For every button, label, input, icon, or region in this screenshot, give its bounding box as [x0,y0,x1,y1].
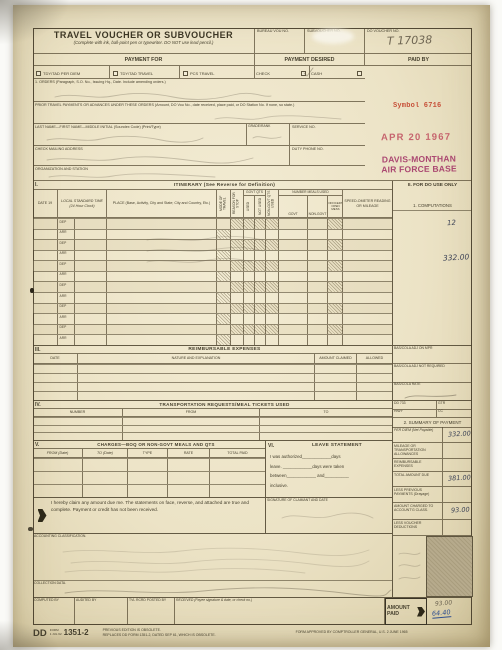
pencil-scribble [63,585,393,597]
form-title: TRAVEL VOUCHER OR SUBVOUCHER [33,28,254,40]
reimbursable-row [33,373,392,382]
total-due-value: 381.00 [448,473,471,482]
summary-label: TOTAL AMOUNT DUE [393,472,442,486]
itinerary-row: DEP [33,324,392,335]
reimbursable-row [33,382,392,391]
paid-by-body: Symbol 6716 APR 20 1967 DAVIS-MONTHAN AI… [365,66,472,181]
ink-smudge-mark [30,288,34,293]
base-stamp: DAVIS-MONTHAN AIR FORCE BASE [371,153,467,175]
leave-line3: between____________ and__________ [270,471,388,481]
pencil-scribble [251,133,283,142]
transportation-row [33,425,392,433]
col-allowed: ALLOWED [357,354,392,363]
summary-value-cell: 93.00 [442,503,472,519]
pencil-scribble [145,234,265,268]
payment-options-row: TDY/TAD PER DIEM TDY/TAD TRAVEL PCS TRAV… [33,66,365,79]
reimbursable-title: REIMBURSABLE EXPENSES [57,347,392,352]
pencil-check-mark-icon [302,67,314,77]
pcs-travel-checkbox [183,71,188,76]
summary-label: LESS VOUCHER DEDUCTIONS [393,520,442,535]
charges-row [33,458,265,471]
gtr-box: GTR [437,401,472,409]
footer-obsolete-2: REPLACES DD FORM 1351-2, DATED SEP 61, W… [103,633,278,638]
amount-charged-value: 93.00 [451,506,470,515]
footer-dd: DD [33,628,47,639]
do-voucher-no-value: T 17038 [387,33,433,48]
col-charge-total: TOTAL PAID [210,449,265,457]
check-label: CHECK [256,71,270,76]
do-use-only-column: II. FOR DO USE ONLY 1. COMPUTATIONS 12 3… [392,181,472,345]
organization-field: ORGANIZATION AND STATION [33,166,365,181]
name-row: LAST NAME—FIRST NAME—MIDDLE INITIAL (Sou… [33,124,365,146]
tdy-travel-label: TDY/TAD TRAVEL [120,71,153,76]
payment-desired-header: PAYMENT DESIRED [255,54,365,66]
summary-value-cell: 332.00 [442,427,472,442]
amount-paid-box: AMOUNT PAID [385,598,427,625]
pencil-scribble [47,172,217,181]
col-charge-to: TO (Date) [83,449,128,457]
computation-days-value: 12 [447,219,456,228]
per-diem-value: 332.00 [448,429,471,438]
leave-title-bar: VI. LEAVE STATEMENT [266,441,392,450]
summary-label: PER DIEM (Net Payable) [393,427,442,442]
col-meals-group: NUMBER MEALS USED GOVT NON-GOVT OFFICERS… [279,190,343,217]
summary-of-payment: PER DIEM (Net Payable) 332.00 MILEAGE OR… [392,427,472,536]
col-qts-used: USED [244,196,255,217]
footer-form-number: 1351-2 [64,628,89,637]
paid-by-symbol-stamp: Symbol 6716 [393,102,441,110]
payment-for-header: PAYMENT FOR [33,54,255,66]
row-label: ARR [58,272,75,282]
col-date: DATE 19 [33,190,58,217]
computations-area: 12 332.00 [393,211,472,345]
col-tr-number: NUMBER [33,409,123,416]
itinerary-row: DEP [33,303,392,314]
col-amount-claimed: AMOUNT CLAIMED [315,354,357,363]
do-voucher-no-field: DO VOUCHER NO. T 17038 [365,28,472,54]
option-tdy-travel: TDY/TAD TRAVEL [110,66,180,78]
row-label: DEP [58,325,75,335]
col-meals-govt: GOVT [279,196,308,217]
option-per-diem: TDY/TAD PER DIEM [33,66,110,78]
base-stamp-line2: AIR FORCE BASE [371,164,467,176]
row-label: DEP [58,219,75,229]
pencil-scribble [396,550,422,584]
summary-label: MILEAGE OR TRANSPORTATION ALLOWANCES [393,443,442,458]
col-charge-type: TYPE [128,449,168,457]
form-title-cell: TRAVEL VOUCHER OR SUBVOUCHER (Complete w… [33,28,255,54]
row-label: ARR [58,230,75,240]
summary-row-mileage: MILEAGE OR TRANSPORTATION ALLOWANCES [393,443,472,459]
row-label: DEP [58,304,75,314]
dd733-box: DD 733 [393,401,437,409]
footer-form-edition: FORM 1 JUL 62 [50,629,62,636]
date-stamp: APR 20 1967 [381,132,451,144]
section-iv-number: IV. [33,402,57,408]
grade-rank-label: GRADE/RANK [247,124,289,129]
summary-label: LESS PREVIOUS PAYMENTS (Drayage) [393,487,442,502]
summary-value-cell [442,459,472,471]
bureau-vou-no-field: BUREAU VOU NO. [255,28,305,54]
service-no-field: SERVICE NO. [290,124,365,145]
row-label: ARR [58,314,75,324]
summary-value-cell [442,487,472,502]
form-title-row: TRAVEL VOUCHER OR SUBVOUCHER (Complete w… [33,28,472,54]
computed-by-field: COMPUTED BY [33,598,75,625]
col-tr-to: TO [260,409,392,416]
form-subtitle: (Complete with ink, ball-point pen or ty… [33,40,254,45]
row-label: ARR [58,335,75,345]
leave-line1: I was authorized____________days [270,452,388,462]
form-footer: DD FORM 1 JUL 62 1351-2 PREVIOUS EDITION… [33,628,488,639]
option-cash: CASH [310,66,365,78]
col-place: PLACE (Base, Activity, City and State; C… [107,190,217,217]
computations-label: 1. COMPUTATIONS [393,189,472,211]
row-label: ARR [58,251,75,261]
do-use-only-title: II. FOR DO USE ONLY [393,181,472,189]
hiwy-box: HIWY [393,410,437,418]
reimbursable-rows [33,364,392,400]
transportation-rows [33,417,392,440]
shaded-void-block [426,536,473,597]
amount-paid-value-2: 64.40 [432,608,451,619]
summary-value-cell [442,443,472,458]
col-mode-of-travel: MODE OF TRAVEL [217,190,231,217]
summary-row-per-diem: PER DIEM (Net Payable) 332.00 [393,427,472,443]
col-charge-rate: RATE [168,449,210,457]
section-vi-number: VI. [266,443,282,449]
itinerary-row: ARR [33,292,392,303]
prior-payments-label: PRIOR TRAVEL PAYMENTS OR ADVANCES UNDER … [33,102,351,108]
charges-row [33,484,265,497]
transportation-title-bar: IV. TRANSPORTATION REQUESTS/MEAL TICKETS… [33,400,392,409]
col-tr-from: FROM [123,409,260,416]
claim-arrow-cell [33,498,51,533]
transportation-headers: NUMBER FROM TO [33,409,392,417]
col-nature: NATURE AND EXPLANATION [78,354,315,363]
footer-approved-note: FORM APPROVED BY COMPTROLLER GENERAL, U.… [296,628,408,634]
per-diem-checkbox [36,71,41,76]
duty-phone-field: DUTY PHONE NO. [290,146,365,165]
amount-paid-arrow-icon [417,607,425,617]
col-charge-from: FROM (Date) [33,449,83,457]
pencil-signature-line [403,392,458,400]
col-local-time: LOCAL STANDARD TIME (24 Hour Clock) [58,190,107,217]
col-govt-qts-group: GOVT QTS USED NOT USED [244,190,266,217]
claim-arrow-icon [38,509,47,522]
itinerary-title-bar: I. ITINERARY (See Reverse for Definition… [33,181,392,190]
paid-by-header: PAID BY [365,54,472,66]
bottom-admin-row: COMPUTED BY AUDITED BY TVL RCRD POSTED B… [33,597,472,625]
col-speedometer: SPEED-OMETER READING OR MILEAGE [343,190,392,217]
bas-cola-adj-mpr: BAS/COLA ADJ ON MPR [393,346,472,364]
computation-amount-value: 332.00 [443,252,470,262]
payment-header-row: PAYMENT FOR PAYMENT DESIRED PAID BY [33,54,472,66]
transportation-row [33,417,392,425]
hiwy-cc-row: HIWY CC [393,410,472,419]
orders-label: 1. ORDERS (Paragraph, S.O. No., Issuing … [33,79,365,85]
row-label: ARR [58,293,75,303]
received-field: RECEIVED (Payee signature & date, or che… [175,598,385,625]
audited-by-field: AUDITED BY [75,598,128,625]
pencil-scribble [213,114,343,123]
summary-row-amount-charged: AMOUNT CHARGED TO ACCOUNT'G CLASS. 93.00 [393,503,472,520]
tdy-travel-checkbox [113,71,118,76]
transportation-title: TRANSPORTATION REQUESTS/MEAL TICKETS USE… [57,402,392,407]
footer-obsolete-note: PREVIOUS EDITION IS OBSOLETE. REPLACES D… [103,628,278,637]
itinerary-row: DEP [33,281,392,292]
pencil-scribble [280,510,375,522]
section-iii-number: III. [33,347,57,353]
summary-lower-area [392,536,472,597]
amount-paid-values: 93.00 64.40 [427,598,472,625]
itinerary-title: ITINERARY (See Reverse for Definition) [57,183,392,188]
name-label: LAST NAME—FIRST NAME—MIDDLE INITIAL (Sou… [33,124,246,130]
col-qts-not-used: NOT USED [255,196,266,217]
itinerary-row: ARR [33,313,392,324]
option-pcs-travel: PCS TRAVEL [180,66,255,78]
charges-title-bar: V. CHARGES—BOQ OR NON-GOVT MEALS AND QTS [33,440,265,449]
duty-phone-label: DUTY PHONE NO. [290,146,365,152]
summary-value-cell: 381.00 [442,472,472,486]
summary-row-total-due: TOTAL AMOUNT DUE 381.00 [393,472,472,487]
bas-cola-boxes: BAS/COLA ADJ ON MPR BAS/COLA ADJ NOT REQ… [392,345,472,400]
summary-label: AMOUNT CHARGED TO ACCOUNT'G CLASS. [393,503,442,519]
footer-form-date: 1 JUL 62 [50,633,62,637]
leave-statement-section: VI. LEAVE STATEMENT I was authorized____… [265,440,392,497]
reimbursable-headers: DATE NATURE AND EXPLANATION AMOUNT CLAIM… [33,354,392,364]
amount-paid-value-1: 93.00 [435,599,453,607]
summary-label: REIMBURSABLE EXPENSES [393,459,442,471]
name-field: LAST NAME—FIRST NAME—MIDDLE INITIAL (Sou… [33,124,247,145]
service-no-label: SERVICE NO. [290,124,365,130]
leave-line4: inclusive. [270,481,388,491]
certification-block: I hereby claim any amount due me. The st… [33,497,265,533]
posted-by-field: TVL RCRD POSTED BY [128,598,175,625]
pencil-scribble [61,546,371,574]
reimbursable-row [33,391,392,400]
charges-headers: FROM (Date) TO (Date) TYPE RATE TOTAL PA… [33,449,265,458]
certification-text: I hereby claim any amount due me. The st… [51,498,265,533]
cash-checkbox [357,71,362,76]
row-label: DEP [58,261,75,271]
collection-data-block: COLLECTION DATA. [33,580,392,597]
row-label: DEP [58,282,75,292]
amount-paid-label: AMOUNT PAID [387,606,417,617]
mailing-address-field: CHECK MAILING ADDRESS [33,146,290,165]
charges-title: CHARGES—BOQ OR NON-GOVT MEALS AND QTS [47,442,265,447]
col-meals-non-govt: NON-GOVT [308,196,328,217]
row-label: DEP [58,240,75,250]
col-reimb-date: DATE [33,354,78,363]
per-diem-label: TDY/TAD PER DIEM [43,71,80,76]
cc-box: CC [437,410,472,418]
itinerary-row: DEP [33,218,392,229]
summary-row-less-previous: LESS PREVIOUS PAYMENTS (Drayage) [393,487,472,503]
itinerary-row: ARR [33,334,392,345]
signature-label: SIGNATURE OF CLAIMANT AND DATE [266,498,392,503]
transportation-row [33,432,392,440]
pencil-scribble [45,134,205,144]
accounting-classification-block: ACCOUNTING CLASSIFICATION. [33,533,392,580]
summary-row-reimbursable: REIMBURSABLE EXPENSES [393,459,472,472]
pcs-travel-label: PCS TRAVEL [190,71,215,76]
charges-rows [33,458,265,497]
leave-text: I was authorized____________days leave. … [266,450,392,493]
pencil-scribble [53,91,273,101]
section-i-number: I. [33,182,57,188]
correction-fluid-blob [312,29,354,44]
itinerary-row: ARR [33,271,392,282]
reimbursable-title-bar: III. REIMBURSABLE EXPENSES [33,345,392,354]
do-check-boxes: DD 733 GTR HIWY CC 2. SUMMARY OF PAYMENT [392,400,472,428]
signature-block: SIGNATURE OF CLAIMANT AND DATE [265,497,392,533]
prior-payments-field: PRIOR TRAVEL PAYMENTS OR ADVANCES UNDER … [33,102,365,124]
accounting-classification-label: ACCOUNTING CLASSIFICATION. [33,534,392,539]
reimbursable-row [33,364,392,373]
itinerary-column-headers: DATE 19 LOCAL STANDARD TIME (24 Hour Clo… [33,190,392,218]
mailing-row: CHECK MAILING ADDRESS DUTY PHONE NO. [33,146,365,166]
ink-smudge-mark [28,527,33,531]
leave-title: LEAVE STATEMENT [282,443,392,448]
summary-row-voucher-deductions: LESS VOUCHER DEDUCTIONS [393,520,472,536]
summary-value-cell [442,520,472,535]
orders-field: 1. ORDERS (Paragraph, S.O. No., Issuing … [33,79,365,102]
col-non-govt-qts: NON-GOVT QTS USED [266,190,279,217]
pencil-scribble [45,155,255,164]
dd733-gtr-row: DD 733 GTR [393,401,472,410]
col-meals-open-mess: OFFICERS OPEN MESS [328,196,343,217]
col-reason-for-stop: REASON FOR STOP [231,190,244,217]
section-v-number: V. [33,442,47,448]
grade-rank-field: GRADE/RANK [247,124,290,145]
leave-line2: leave. ____________days were taken [270,462,388,472]
mailing-address-label: CHECK MAILING ADDRESS [33,146,289,152]
bas-cola-adj-not-required: BAS/COLA ADJ NOT REQUIRED [393,364,472,382]
charges-row [33,471,265,484]
